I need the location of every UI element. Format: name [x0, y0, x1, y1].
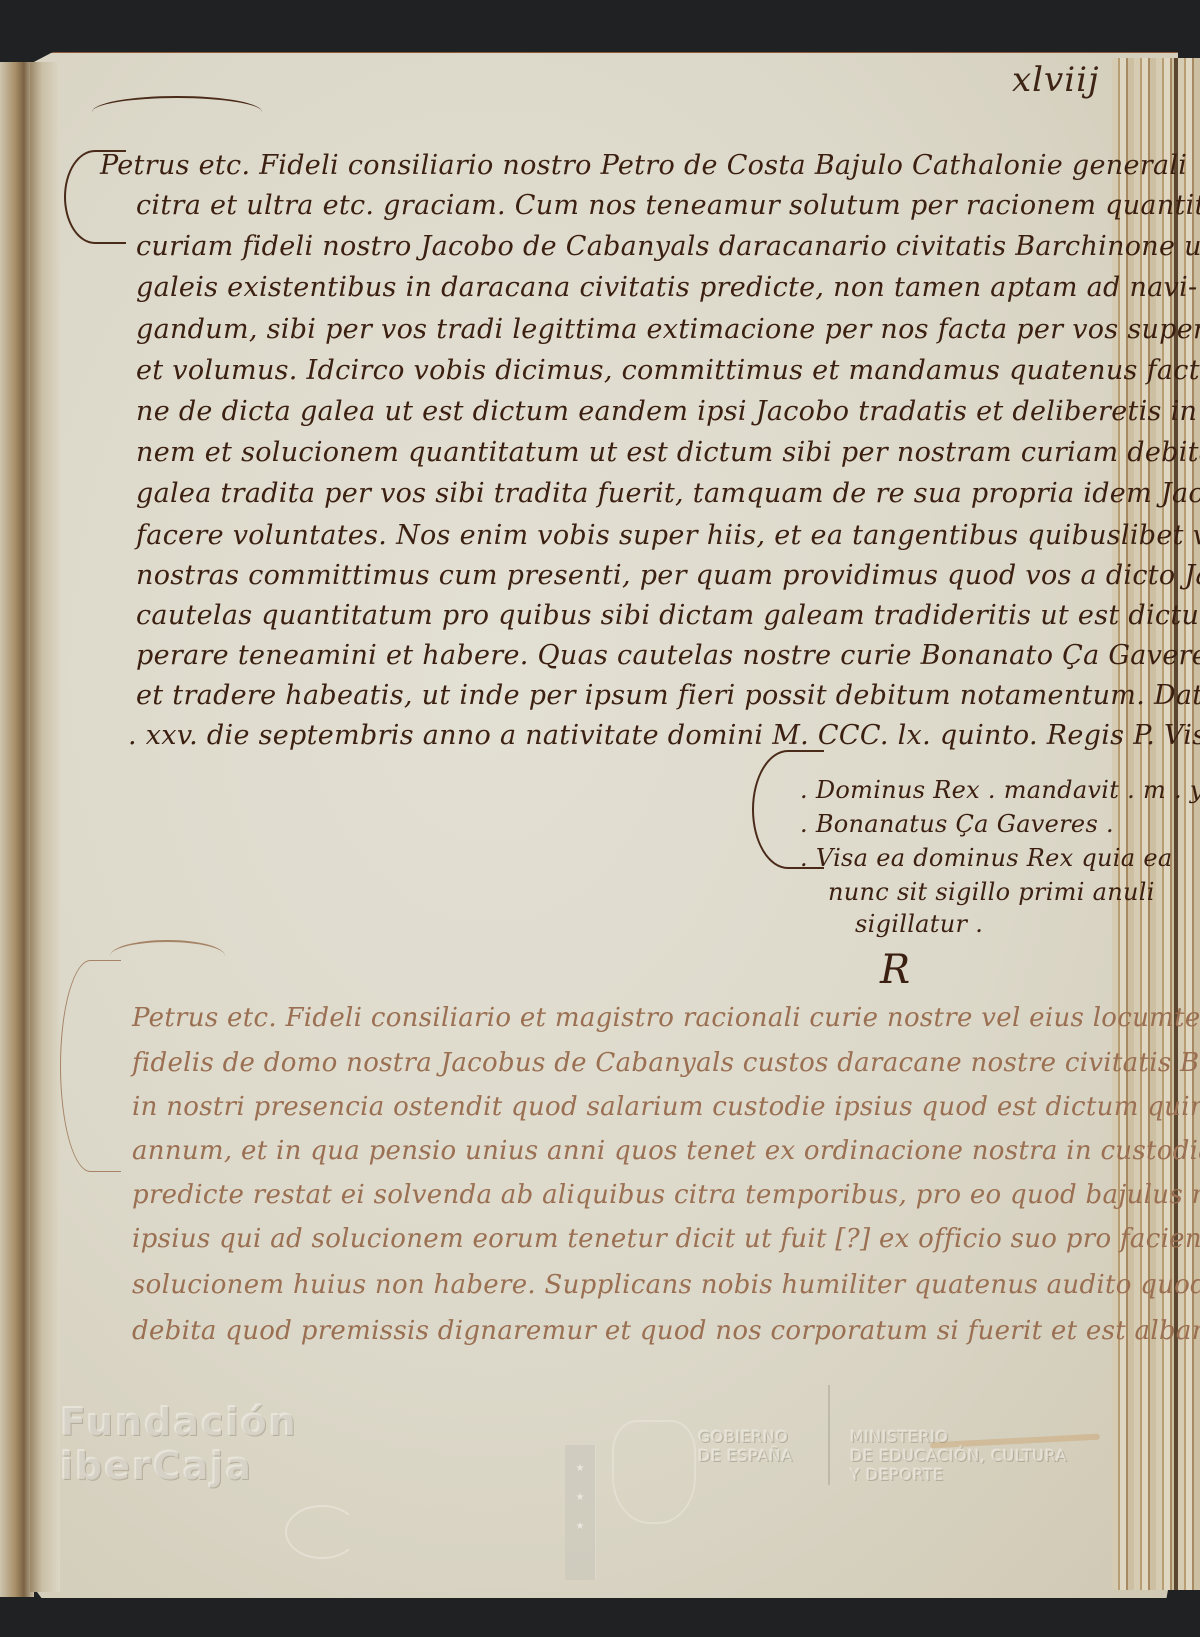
gobierno-logo-text: GOBIERNO DE ESPAÑA: [698, 1427, 793, 1465]
paraph-mark: R: [880, 950, 910, 990]
entry-1-line: cautelas quantitatum pro quibus sibi dic…: [136, 602, 1200, 629]
entry-1-line: gandum, sibi per vos tradi legittima ext…: [136, 316, 1200, 343]
entry-2-line: Petrus etc. Fideli consiliario et magist…: [132, 1005, 1200, 1031]
entry-2-line: fidelis de domo nostra Jacobus de Cabany…: [132, 1050, 1200, 1076]
logo-line: MINISTERIO: [850, 1427, 1067, 1446]
entry-2-line: debita quod premissis dignaremur et quod…: [132, 1318, 1200, 1344]
entry-2-line: predicte restat ei solvenda ab aliquibus…: [132, 1182, 1200, 1208]
ministerio-logo-text: MINISTERIO DE EDUCACIÓN, CULTURA Y DEPOR…: [850, 1427, 1067, 1484]
coat-of-arms-icon: [612, 1420, 696, 1524]
binding-gutter: [30, 62, 60, 1592]
entry-1-line: et tradere habeatis, ut inde per ipsum f…: [136, 682, 1200, 709]
logo-divider: [828, 1385, 830, 1485]
logo-line: DE EDUCACIÓN, CULTURA: [850, 1446, 1067, 1465]
entry-1-line: nem et solucionem quantitatum ut est dic…: [136, 439, 1200, 466]
logo-line: iberCaja: [60, 1444, 298, 1488]
entry-2-line: in nostri presencia ostendit quod salari…: [132, 1094, 1200, 1120]
entry-1-line: ne de dicta galea ut est dictum eandem i…: [136, 398, 1200, 425]
spain-flag-stripe-icon: ★★★: [565, 1445, 596, 1580]
initial-p-flourish-icon: [60, 960, 121, 1172]
entry-1-line: facere voluntates. Nos enim vobis super …: [136, 522, 1200, 549]
entry-2-line: annum, et in qua pensio unius anni quos …: [132, 1138, 1200, 1164]
ibercaja-swirl-icon: [285, 1505, 359, 1559]
entry-2-line: solucionem huius non habere. Supplicans …: [132, 1272, 1200, 1298]
signature-line: nunc sit sigillo primi anuli: [828, 880, 1155, 904]
initial-swash: [110, 940, 225, 972]
signature-line: . Visa ea dominus Rex quia ea: [800, 846, 1172, 870]
entry-1-line: et volumus. Idcirco vobis dicimus, commi…: [136, 357, 1200, 384]
entry-1-line: nostras committimus cum presenti, per qu…: [136, 562, 1200, 589]
entry-1-line: galeis existentibus in daracana civitati…: [136, 274, 1197, 301]
entry-1-line: curiam fideli nostro Jacobo de Cabanyals…: [136, 233, 1200, 260]
folio-number: xlviij: [1012, 60, 1100, 100]
entry-2-line: ipsius qui ad solucionem eorum tenetur d…: [132, 1226, 1200, 1252]
signature-line: . Dominus Rex . mandavit . m . y: [800, 778, 1200, 802]
entry-1-line: . xxv. die septembris anno a nativitate …: [128, 722, 1200, 749]
signature-line: sigillatur .: [855, 912, 983, 936]
logo-line: Fundación: [60, 1400, 298, 1444]
signature-line: . Bonanatus Ça Gaveres .: [800, 812, 1114, 836]
entry-1-line: citra et ultra etc. graciam. Cum nos ten…: [136, 192, 1200, 219]
entry-1-line: perare teneamini et habere. Quas cautela…: [136, 642, 1200, 669]
left-page-edge: [0, 62, 34, 1597]
logo-line: Y DEPORTE: [850, 1465, 1067, 1484]
initial-swash: [92, 96, 262, 128]
entry-1-line: galea tradita per vos sibi tradita fueri…: [136, 480, 1200, 507]
logo-line: GOBIERNO: [698, 1427, 793, 1446]
entry-1-line: Petrus etc. Fideli consiliario nostro Pe…: [100, 152, 1187, 179]
logo-line: DE ESPAÑA: [698, 1446, 793, 1465]
fundacion-ibercaja-logo: Fundación iberCaja: [60, 1400, 298, 1488]
